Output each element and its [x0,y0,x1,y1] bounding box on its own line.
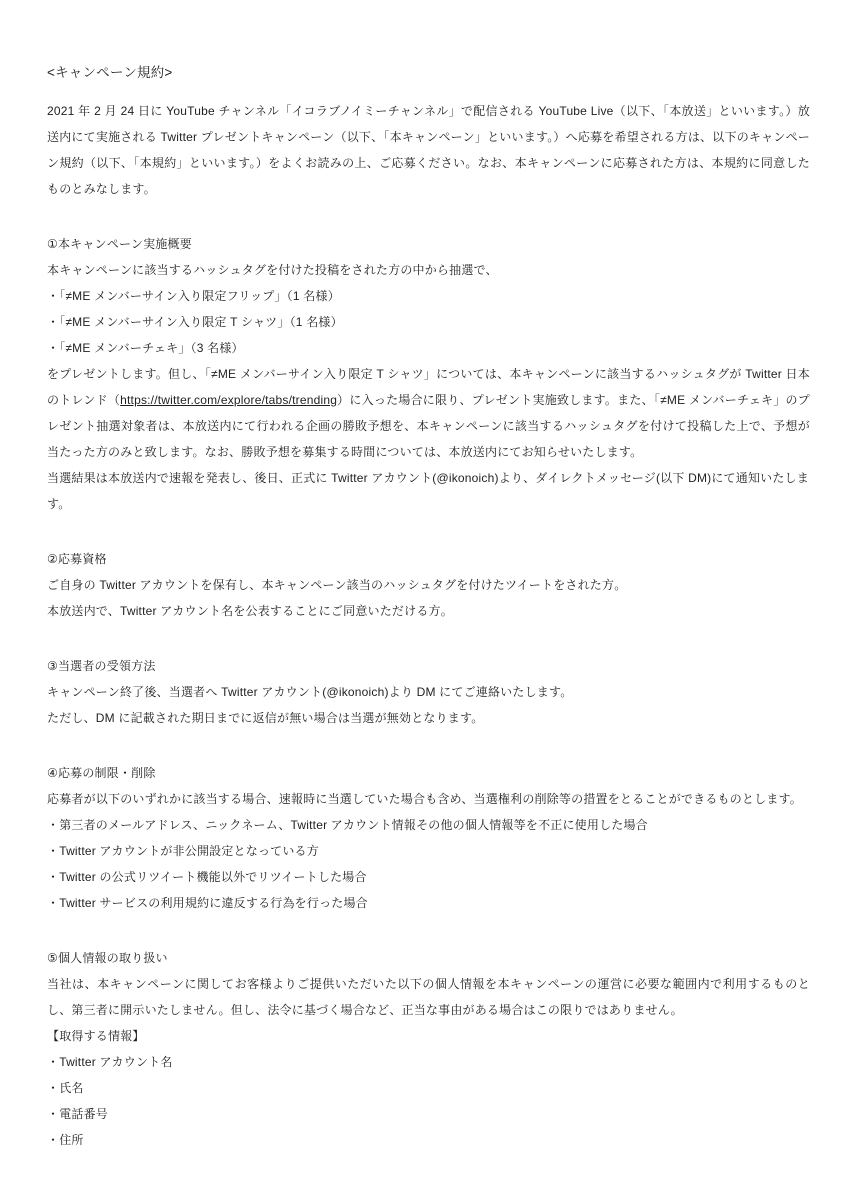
section-5-body-part: 第三者に開示いたしません。但し、法令に基づく場合など、正当な事由がある場合はこの… [71,1003,682,1017]
collected-info-item: ・住所 [47,1127,810,1153]
restriction-item: ・第三者のメールアドレス、ニックネーム、Twitter アカウント情報その他の個… [47,812,810,838]
section-2-eligibility: ②応募資格 ご自身の Twitter アカウントを保有し、本キャンペーン該当のハ… [47,546,810,624]
restriction-item: ・Twitter の公式リツイート機能以外でリツイートした場合 [47,864,810,890]
prize-item-flip: ・「≠ME メンバーサイン入り限定フリップ」（1 名様） [47,283,810,309]
section-1-lead: 本キャンペーンに該当するハッシュタグを付けた投稿をされた方の中から抽選で、 [47,257,810,283]
section-gap [47,202,810,231]
spacer [47,86,810,98]
restriction-item: ・Twitter サービスの利用規約に違反する行為を行った場合 [47,890,810,916]
section-5-body: 当社は、本キャンペーンに関してお客様よりご提供いただいた以下の個人情報を本キャン… [47,971,810,1023]
trending-link[interactable]: https://twitter.com/explore/tabs/trendin… [120,393,337,407]
section-5-heading: ⑤個人情報の取り扱い [47,945,810,971]
section-gap [47,916,810,945]
prize-item-tshirt: ・「≠ME メンバーサイン入り限定 T シャツ」（1 名様） [47,309,810,335]
section-1-result-note: 当選結果は本放送内で速報を発表し、後日、正式に Twitter アカウント(@i… [47,465,810,517]
section-1-heading: ①本キャンペーン実施概要 [47,231,810,257]
section-4-heading: ④応募の制限・削除 [47,760,810,786]
campaign-terms-document: <キャンペーン規約> 2021 年 2 月 24 日に YouTube チャンネ… [47,60,810,1153]
section-2-heading: ②応募資格 [47,546,810,572]
intro-paragraph: 2021 年 2 月 24 日に YouTube チャンネル「イコラブノイミーチ… [47,98,810,202]
section-3-line: ただし、DM に記載された期日までに返信が無い場合は当選が無効となります。 [47,705,810,731]
section-gap [47,517,810,546]
section-2-line: 本放送内で、Twitter アカウント名を公表することにご同意いただける方。 [47,598,810,624]
section-1-body: をプレゼントします。但し、「≠ME メンバーサイン入り限定 T シャツ」について… [47,361,810,465]
collected-info-item: ・電話番号 [47,1101,810,1127]
section-4-entry-restrictions: ④応募の制限・削除 応募者が以下のいずれかに該当する場合、速報時に当選していた場… [47,760,810,916]
restriction-item: ・Twitter アカウントが非公開設定となっている方 [47,838,810,864]
section-4-lead: 応募者が以下のいずれかに該当する場合、速報時に当選していた場合も含め、当選権利の… [47,786,810,812]
section-3-line: キャンペーン終了後、当選者へ Twitter アカウント(@ikonoich)よ… [47,679,810,705]
doc-title: <キャンペーン規約> [47,60,810,86]
section-1-campaign-overview: ①本キャンペーン実施概要 本キャンペーンに該当するハッシュタグを付けた投稿をされ… [47,231,810,517]
section-gap [47,624,810,653]
collected-info-item: ・氏名 [47,1075,810,1101]
collected-info-item: ・Twitter アカウント名 [47,1049,810,1075]
page: <キャンペーン規約> 2021 年 2 月 24 日に YouTube チャンネ… [0,0,848,1200]
section-2-line: ご自身の Twitter アカウントを保有し、本キャンペーン該当のハッシュタグを… [47,572,810,598]
prize-item-cheki: ・「≠ME メンバーチェキ」（3 名様） [47,335,810,361]
section-3-heading: ③当選者の受領方法 [47,653,810,679]
section-3-winner-notification: ③当選者の受領方法 キャンペーン終了後、当選者へ Twitter アカウント(@… [47,653,810,731]
section-gap [47,731,810,760]
section-5-personal-info: ⑤個人情報の取り扱い 当社は、本キャンペーンに関してお客様よりご提供いただいた以… [47,945,810,1153]
collected-info-subheading: 【取得する情報】 [47,1023,810,1049]
